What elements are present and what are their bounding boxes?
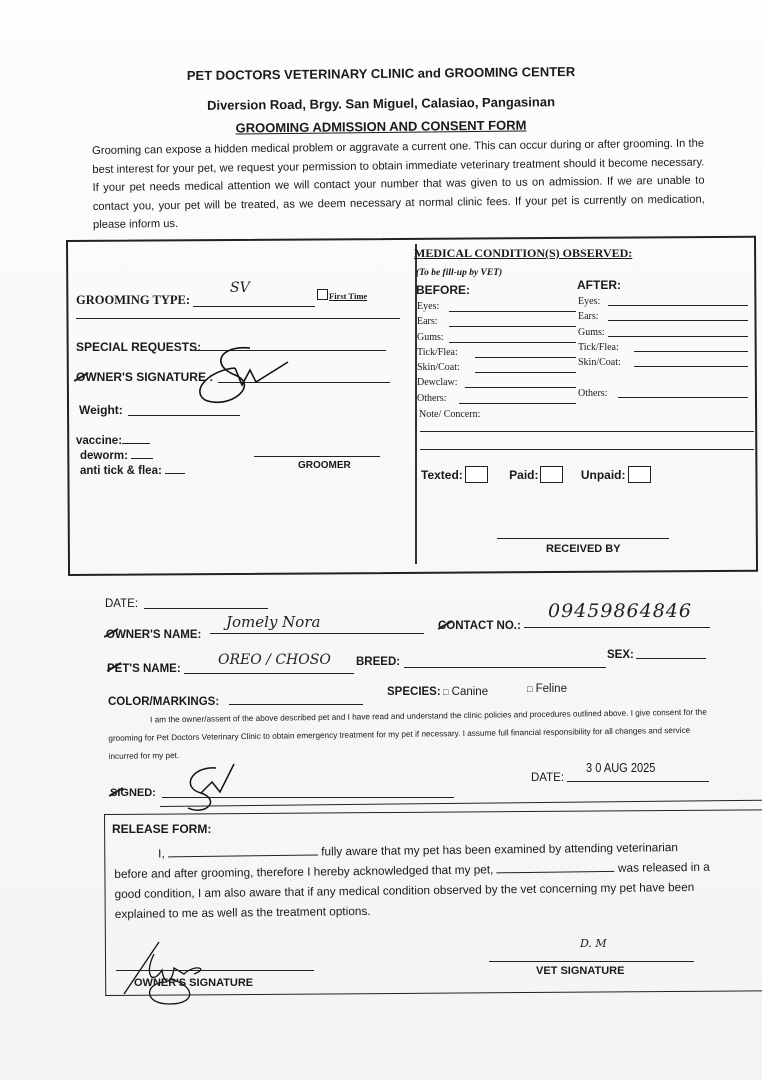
- after-field-row: Tick/Flea:: [578, 342, 619, 353]
- owner-name-value: Jomely Nora: [226, 613, 320, 631]
- consent-paragraph: I am the owner/assent of the above descr…: [108, 708, 706, 761]
- release-owner-name-field[interactable]: [168, 855, 318, 858]
- anti-tick-flea-text: anti tick & flea:: [80, 465, 162, 477]
- first-time-checkbox[interactable]: First Time: [317, 289, 367, 301]
- before-field-row: Skin/Coat:: [417, 362, 460, 373]
- after-field-label: Ears:: [578, 311, 599, 322]
- signature-scribble-icon: [114, 934, 214, 1010]
- feline-label: Feline: [536, 683, 567, 695]
- before-field-label: Gums:: [417, 332, 444, 343]
- species-canine-option[interactable]: □ Canine: [443, 686, 488, 698]
- note-concern-label: Note/ Concern:: [419, 409, 480, 420]
- date-label: DATE:: [105, 598, 138, 610]
- vet-signature-field[interactable]: [489, 961, 694, 962]
- clinic-name: PET DOCTORS VETERINARY CLINIC and GROOMI…: [0, 62, 762, 85]
- before-field-label: Eyes:: [417, 301, 439, 312]
- owner-name-field[interactable]: [210, 633, 424, 634]
- consent-date-field[interactable]: [567, 781, 709, 782]
- vaccine-label: vaccine:: [76, 435, 150, 447]
- after-field-label: Gums:: [578, 327, 605, 338]
- first-time-label: First Time: [329, 291, 367, 301]
- texted-checkbox[interactable]: [465, 466, 488, 483]
- deworm-text: deworm:: [80, 450, 128, 462]
- note-line-1[interactable]: [420, 431, 754, 432]
- canine-label: Canine: [452, 686, 488, 698]
- clinic-address: Diversion Road, Brgy. San Miguel, Calasi…: [0, 92, 762, 115]
- contact-field[interactable]: [524, 627, 710, 628]
- after-field-row: Eyes:: [578, 296, 600, 307]
- special-requests-label: SPECIAL REQUESTS:: [76, 340, 201, 354]
- paid-label: Paid:: [509, 468, 538, 482]
- checkbox-icon: □: [527, 684, 532, 694]
- contact-value: 09459864846: [548, 600, 692, 622]
- release-i-label: I,: [158, 846, 165, 860]
- pet-name-field[interactable]: [184, 673, 354, 674]
- release-line-2-text: before and after grooming, therefore I h…: [114, 862, 493, 881]
- before-field-row: Eyes:: [417, 301, 439, 312]
- consent-text: I am the owner/assent of the above descr…: [108, 703, 719, 766]
- medical-subtitle: (To be fill-up by VET): [416, 268, 502, 278]
- signature-scribble-icon: [176, 758, 266, 818]
- breed-field[interactable]: [404, 667, 606, 668]
- before-field-label: Others:: [417, 393, 446, 404]
- release-form-text: I, fully aware that my pet has been exam…: [114, 836, 762, 924]
- before-field-input[interactable]: [475, 372, 576, 373]
- after-field-row: Gums:: [578, 327, 605, 338]
- vaccine-field[interactable]: [122, 443, 150, 444]
- before-field-row: Ears:: [417, 316, 438, 327]
- signed-label: SIGNED:: [110, 787, 156, 799]
- consent-date-value: 3 0 AUG 2025: [586, 760, 655, 775]
- after-field-row: Others:: [578, 388, 607, 399]
- before-field-input[interactable]: [459, 403, 576, 404]
- before-field-label: Ears:: [417, 316, 438, 327]
- note-line-2[interactable]: [420, 449, 754, 450]
- after-field-row: Skin/Coat:: [578, 357, 621, 368]
- before-field-label: Skin/Coat:: [417, 362, 460, 373]
- grooming-type-extra-line: [76, 318, 400, 319]
- after-field-input[interactable]: [608, 336, 748, 337]
- before-field-label: Tick/Flea:: [417, 347, 458, 358]
- after-field-input[interactable]: [618, 397, 748, 398]
- pet-name-value: OREO / CHOSO: [218, 652, 331, 668]
- grooming-consent-form: PET DOCTORS VETERINARY CLINIC and GROOMI…: [0, 0, 762, 1080]
- species-feline-option[interactable]: □ Feline: [527, 683, 567, 695]
- before-field-label: Dewclaw:: [417, 377, 458, 388]
- release-pet-name-field[interactable]: [497, 871, 615, 873]
- before-label: BEFORE:: [416, 283, 470, 297]
- anti-tick-flea-label: anti tick & flea:: [80, 465, 185, 477]
- release-form-title: RELEASE FORM:: [112, 822, 211, 836]
- vaccine-text: vaccine:: [76, 435, 122, 447]
- release-line-2-end: was released in a: [618, 860, 710, 875]
- after-field-input[interactable]: [634, 351, 748, 352]
- owner-release-signature-field[interactable]: [116, 970, 314, 971]
- received-by-label: RECEIVED BY: [546, 543, 621, 555]
- after-field-label: Tick/Flea:: [578, 342, 619, 353]
- intro-paragraph: Grooming can expose a hidden medical pro…: [92, 135, 705, 235]
- deworm-field[interactable]: [131, 458, 153, 459]
- status-checkboxes: Texted: Paid: Unpaid:: [421, 466, 651, 483]
- received-by-field[interactable]: [497, 538, 669, 539]
- before-field-input[interactable]: [475, 357, 576, 358]
- before-field-input[interactable]: [449, 311, 576, 312]
- medical-conditions-title: MEDICAL CONDITION(S) OBSERVED:: [414, 246, 632, 261]
- after-field-label: Skin/Coat:: [578, 357, 621, 368]
- before-field-input[interactable]: [449, 326, 576, 327]
- after-field-input[interactable]: [634, 366, 748, 367]
- grooming-type-label: GROOMING TYPE:: [76, 293, 190, 308]
- owner-name-label: OWNER'S NAME:: [106, 629, 201, 641]
- vet-signature-label: VET SIGNATURE: [536, 965, 624, 977]
- species-label: SPECIES:: [387, 686, 441, 698]
- anti-tick-flea-field[interactable]: [165, 473, 185, 474]
- consent-date-label: DATE:: [531, 772, 564, 784]
- deworm-label: deworm:: [80, 450, 153, 462]
- texted-label: Texted:: [421, 468, 463, 482]
- breed-label: BREED:: [356, 656, 400, 668]
- sex-field[interactable]: [636, 658, 706, 659]
- checkbox-icon: [317, 289, 328, 300]
- color-markings-label: COLOR/MARKINGS:: [108, 696, 219, 708]
- before-field-row: Others:: [417, 393, 446, 404]
- before-field-row: Tick/Flea:: [417, 347, 458, 358]
- unpaid-checkbox[interactable]: [628, 466, 651, 483]
- before-field-row: Gums:: [417, 332, 444, 343]
- admission-box: [66, 236, 758, 576]
- contact-label: CONTACT NO.:: [438, 620, 521, 632]
- after-field-row: Ears:: [578, 311, 599, 322]
- weight-label: Weight:: [79, 403, 123, 417]
- grooming-type-field[interactable]: [193, 306, 315, 307]
- sex-label: SEX:: [607, 649, 634, 661]
- after-field-input[interactable]: [608, 320, 748, 321]
- owner-signature-release-label: OWNER'S SIGNATURE: [134, 977, 253, 989]
- groomer-signature-field[interactable]: [254, 456, 380, 457]
- before-field-row: Dewclaw:: [417, 377, 458, 388]
- signature-scribble-icon: [190, 340, 300, 410]
- groomer-label: GROOMER: [298, 460, 351, 471]
- date-field[interactable]: [144, 608, 268, 609]
- paid-checkbox[interactable]: [540, 466, 563, 483]
- after-field-input[interactable]: [608, 305, 748, 306]
- weight-field[interactable]: [128, 415, 240, 416]
- grooming-type-value: SV: [230, 280, 250, 296]
- after-label: AFTER:: [577, 278, 621, 292]
- after-field-label: Others:: [578, 388, 607, 399]
- after-field-label: Eyes:: [578, 296, 600, 307]
- unpaid-label: Unpaid:: [581, 468, 626, 482]
- vet-initials: D. M: [580, 937, 607, 950]
- release-line-1-text: fully aware that my pet has been examine…: [321, 840, 678, 858]
- before-field-input[interactable]: [449, 342, 576, 343]
- before-field-input[interactable]: [465, 387, 576, 388]
- pet-name-label: PET'S NAME:: [107, 663, 181, 675]
- color-markings-field[interactable]: [229, 704, 363, 705]
- checkbox-icon: □: [443, 687, 448, 697]
